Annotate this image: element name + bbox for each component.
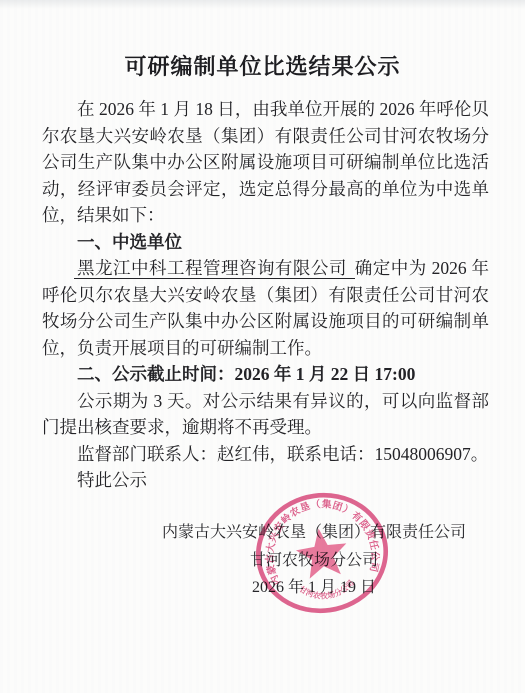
paragraph-closing: 特此公示 — [42, 467, 489, 494]
section-1-heading: 一、中选单位 — [42, 229, 489, 256]
stamp-star-icon — [293, 525, 350, 580]
stamp-inner-text: 甘河农牧场分公司 — [297, 576, 358, 604]
paragraph-intro: 在 2026 年 1 月 18 日，由我单位开展的 2026 年呼伦贝尔农垦大兴… — [42, 96, 489, 229]
announcement-document-page: 可研编制单位比选结果公示 在 2026 年 1 月 18 日，由我单位开展的 2… — [0, 0, 525, 693]
section-2-heading: 二、公示截止时间：2026 年 1 月 22 日 17:00 — [42, 361, 489, 388]
official-seal-stamp: 内蒙古大兴安岭农垦（集团）有限责任公司 甘河农牧场分公司 — [244, 480, 400, 626]
document-body: 在 2026 年 1 月 18 日，由我单位开展的 2026 年呼伦贝尔农垦大兴… — [42, 96, 489, 494]
paragraph-publicity-period: 公示期为 3 天。对公示结果有异议的，可以向监督部门提出核查要求，逾期将不再受理… — [42, 388, 489, 441]
paragraph-contact: 监督部门联系人：赵红伟，联系电话：15048006907。 — [42, 441, 489, 468]
paragraph-winner: 黑龙江中科工程管理咨询有限公司确定中为 2026 年呼伦贝尔农垦大兴安岭农垦（集… — [42, 255, 489, 361]
svg-text:甘河农牧场分公司: 甘河农牧场分公司 — [297, 576, 358, 604]
scan-edge-artifact — [0, 0, 525, 9]
winner-company-name: 黑龙江中科工程管理咨询有限公司 — [74, 258, 354, 279]
page-title: 可研编制单位比选结果公示 — [0, 50, 525, 81]
